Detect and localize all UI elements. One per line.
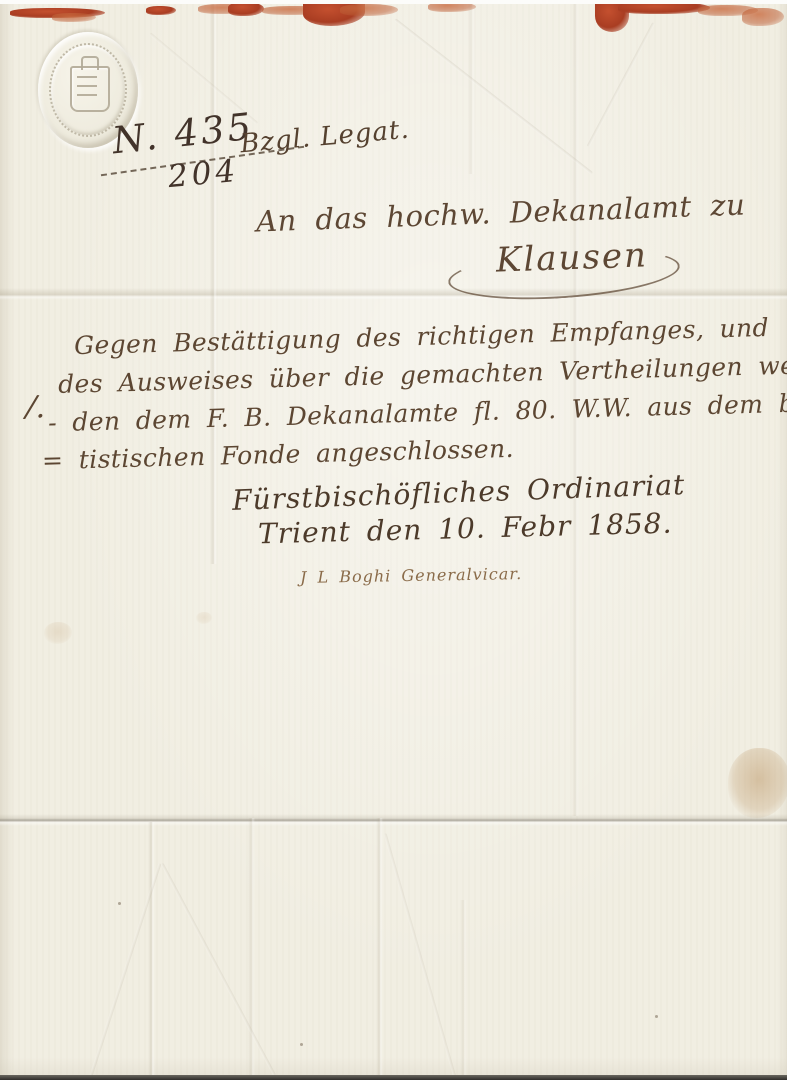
letter-scan: N. 435 204 Bzgl. Legat. An das hochw. De… [0,0,787,1080]
scan-top-edge [0,0,787,4]
paper-speck [300,1043,303,1046]
signature: J L Boghi Generalvicar. [300,564,523,587]
paper-speck [118,902,121,905]
registry-number-denominator: 204 [167,153,241,195]
margin-mark: /. [25,389,47,425]
seal-crest-icon [70,66,110,112]
scan-bottom-edge [0,1075,787,1080]
paper-speck [655,1015,658,1018]
foxing-stain [728,748,787,818]
